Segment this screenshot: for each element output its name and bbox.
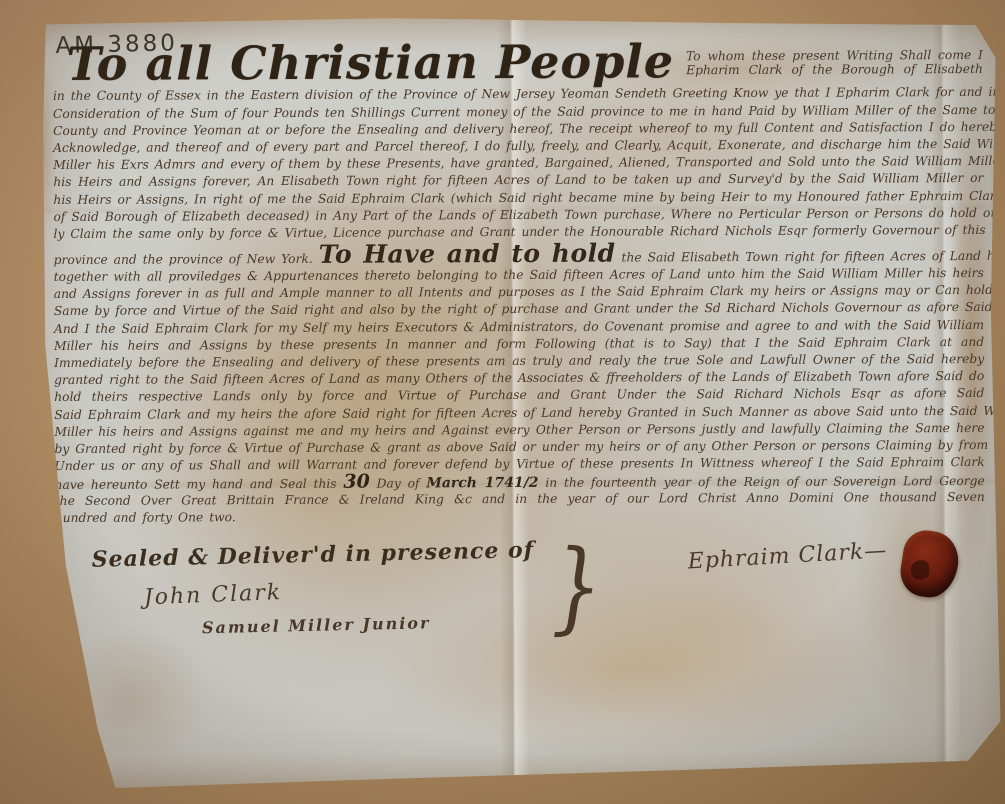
wax-seal [897, 527, 962, 601]
grantor-name: Ephraim Clark [687, 539, 865, 574]
date-pre: have hereunto Sett my hand and Seal this [55, 477, 344, 492]
document-content: To all Christian People To whom these pr… [53, 36, 986, 703]
attestation-lines: Sealed & Deliver'd in presence of John C… [92, 541, 535, 635]
body-line-habendum: province and the province of New York. T… [54, 239, 984, 269]
witness-signature: John Clark [144, 570, 535, 610]
ink-mark: u [52, 647, 61, 663]
attestation-label: Sealed & Deliver'd in presence of [92, 537, 535, 573]
grantor-signature: Ephraim Clark— [687, 538, 888, 574]
date-mid: Day of [370, 477, 427, 491]
habendum-rest: the Said Elisabeth Town right for fiftee… [616, 249, 1005, 265]
document-heading: To all Christian People [53, 37, 674, 88]
date-day: 30 [343, 471, 370, 493]
date-post: in the fourteenth year of the Reign of o… [539, 474, 985, 490]
witness-signature: Samuel Miller Junior [202, 611, 535, 637]
heading-continuation: To whom these present Writing Shall come… [674, 48, 983, 85]
brace-icon: } [551, 541, 602, 633]
photo-background: AM 3880 To all Christian People To whom … [0, 0, 1005, 804]
habendum-phrase: To Have and to hold [319, 239, 616, 269]
body-line: hundred and forty One two. [55, 506, 985, 527]
date-inserted: March 1741/2 [426, 475, 538, 491]
habendum-lead: province and the province of New York. [54, 252, 319, 267]
heading-row: To all Christian People To whom these pr… [53, 36, 983, 88]
paper-sheet: AM 3880 To all Christian People To whom … [22, 11, 1002, 800]
attestation-block: Sealed & Deliver'd in presence of John C… [92, 540, 609, 634]
signature-flourish: — [864, 538, 888, 564]
signature-section: Sealed & Deliver'd in presence of John C… [55, 539, 986, 703]
